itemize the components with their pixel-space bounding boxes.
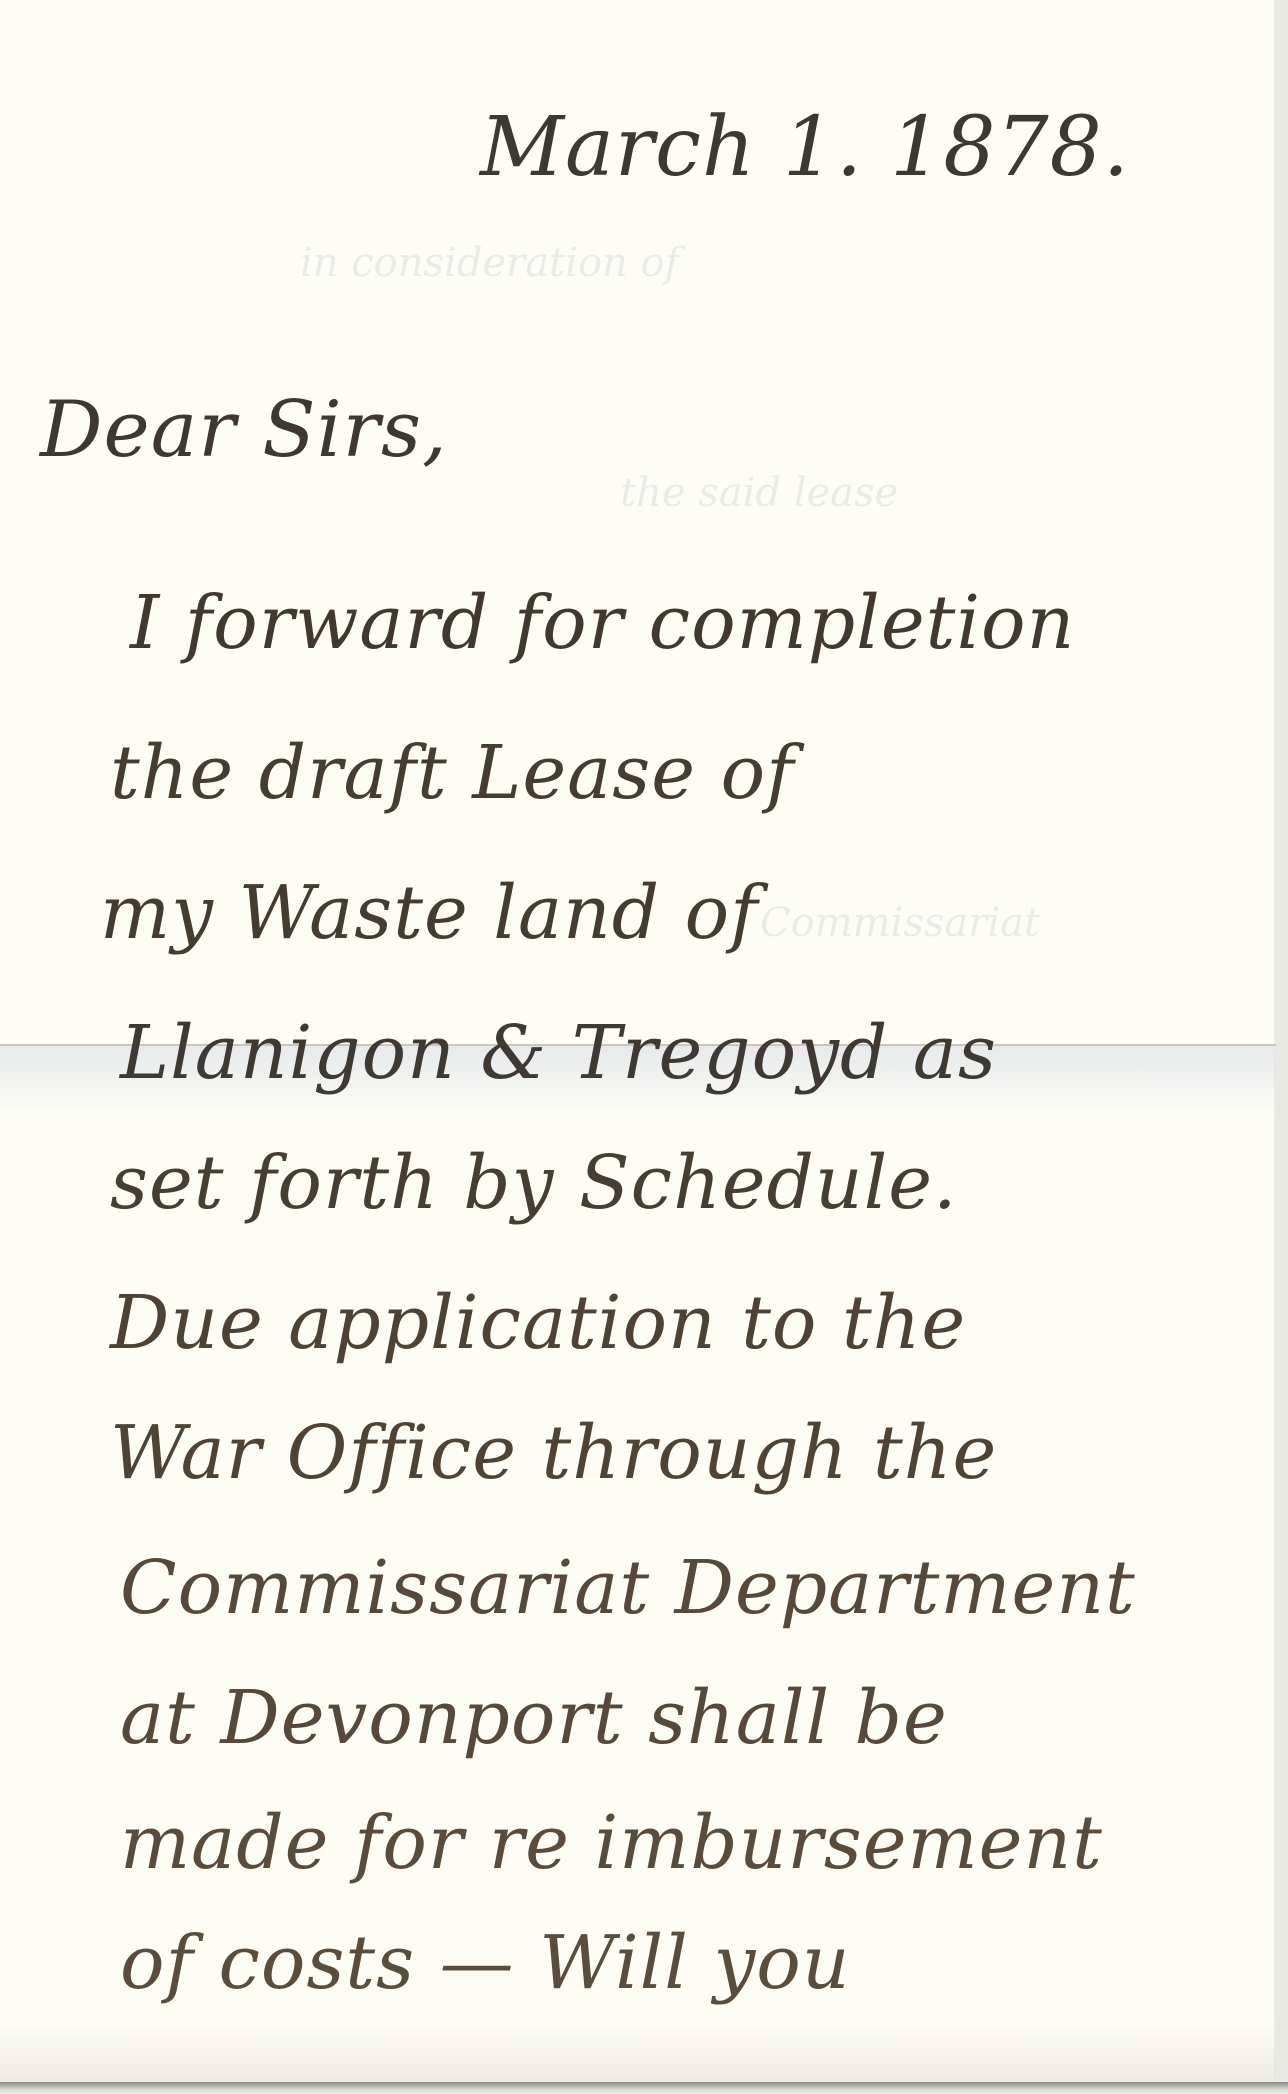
bleed-through-text: the said lease bbox=[620, 470, 898, 516]
bleed-through-text: in consideration of bbox=[300, 240, 679, 286]
letter-body-line: made for re imbursement bbox=[120, 1800, 1103, 1886]
letter-body-line: Commissariat Department bbox=[120, 1545, 1136, 1631]
letter-body-line: War Office through the bbox=[110, 1410, 997, 1496]
letter-salutation: Dear Sirs, bbox=[40, 385, 448, 475]
letter-body-line: the draft Lease of bbox=[110, 730, 795, 816]
letter-body-line: at Devonport shall be bbox=[120, 1675, 948, 1761]
letter-body-line: my Waste land of bbox=[100, 870, 759, 956]
letter-date: March 1. 1878. bbox=[480, 100, 1130, 195]
letter-body-line: set forth by Schedule. bbox=[110, 1140, 958, 1226]
letter-sheet: in consideration of the said lease Commi… bbox=[0, 0, 1276, 2082]
letter-body-line: Llanigon & Tregoyd as bbox=[120, 1010, 997, 1096]
letter-body-line: of costs — Will you bbox=[120, 1920, 851, 2006]
letter-body-line: I forward for completion bbox=[130, 580, 1075, 666]
paper-bottom-edge bbox=[0, 2082, 1288, 2094]
bleed-through-text: Commissariat bbox=[760, 900, 1040, 946]
letter-body-line: Due application to the bbox=[110, 1280, 966, 1366]
